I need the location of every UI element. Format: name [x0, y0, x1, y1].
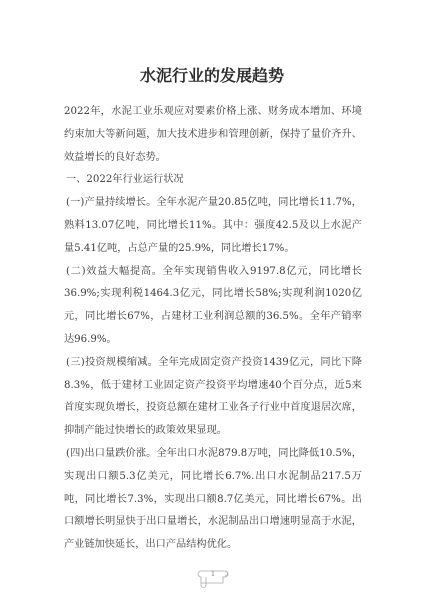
paragraph-output: (一)产量持续增长。全年水泥产量20.85亿吨，同比增长11.7%，熟料13.0… [64, 192, 362, 260]
section-heading: 一、2022年行业运行状况 [64, 169, 362, 192]
paragraph-investment: (三)投资规模缩减。全年完成固定资产投资1439亿元，同比下降8.3%，低于建材… [64, 352, 362, 443]
document-body: 2022年，水泥工业乐观应对要素价格上涨、财务成本增加、环境约束加大等新问题，加… [64, 101, 362, 557]
page-number: 1 [195, 570, 231, 578]
paragraph-profit: (二)效益大幅提高。全年实现销售收入9197.8亿元，同比增长36.9%;实现利… [64, 261, 362, 352]
document-title: 水泥行业的发展趋势 [0, 63, 424, 86]
paragraph-export: (四)出口量跌价涨。全年出口水泥879.8万吨，同比降低10.5%，实现出口额5… [64, 443, 362, 557]
intro-paragraph: 2022年，水泥工业乐观应对要素价格上涨、财务成本增加、环境约束加大等新问题，加… [64, 101, 362, 169]
